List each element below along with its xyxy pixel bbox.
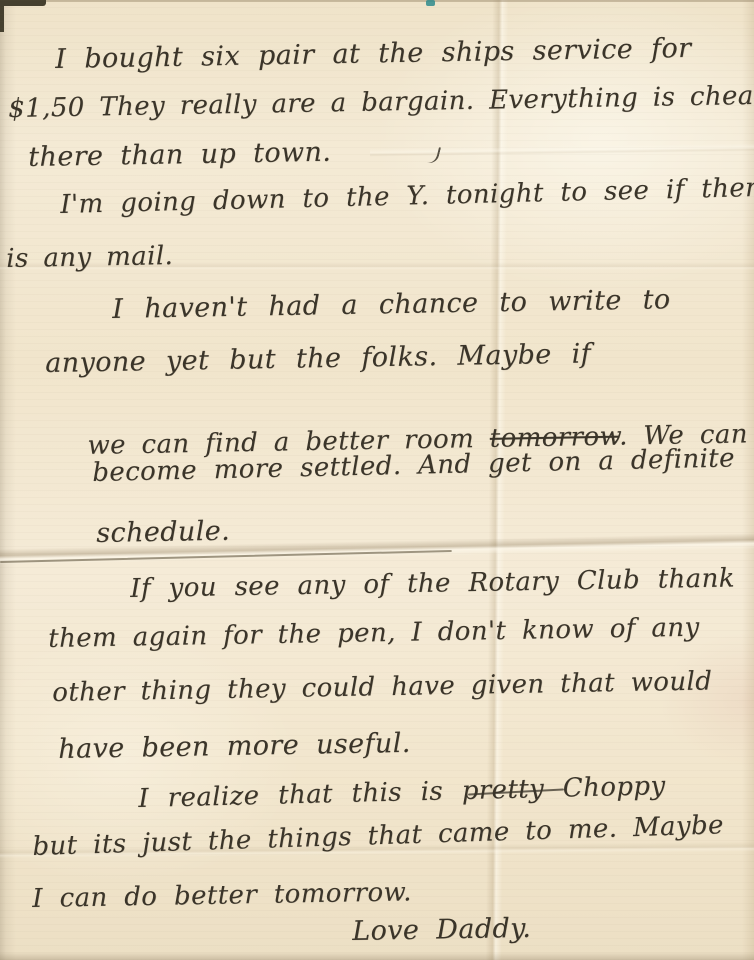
handwriting-line: I'm going down to the Y. tonight to see … [60, 173, 754, 220]
handwriting-line: schedule. [96, 516, 230, 549]
handwriting-line: there than up town. [28, 137, 332, 173]
letter-page: I bought six pair at the ships service f… [0, 0, 754, 960]
handwriting-line: If you see any of the Rotary Club thank [130, 563, 735, 604]
handwriting-line: I can do better tomorrow. [32, 877, 412, 914]
handwriting-line: is any mail. [6, 241, 173, 274]
paper-bottom-edge-shadow [0, 952, 754, 960]
handwriting-line: have been more useful. [58, 728, 411, 765]
paper-top-edge [0, 0, 754, 2]
handwriting-line: I bought six pair at the ships service f… [55, 33, 692, 75]
scan-artifact-teal-speck [426, 0, 435, 6]
handwriting-line: I haven't had a chance to write to [112, 284, 671, 325]
handwriting-line: anyone yet but the folks. Maybe if [45, 338, 591, 379]
handwriting-line: $1,50 They really are a bargain. Everyth… [8, 80, 754, 124]
handwriting-line: other thing they could have given that w… [52, 666, 712, 708]
scan-backing-left-edge [0, 0, 4, 32]
handwriting-line: I realize that this is pretty Choppy [138, 771, 666, 814]
scan-backing-top-left [0, 0, 46, 6]
handwriting-line: them again for the pen, I don't know of … [48, 613, 700, 654]
signature: Love Daddy. [352, 913, 531, 947]
